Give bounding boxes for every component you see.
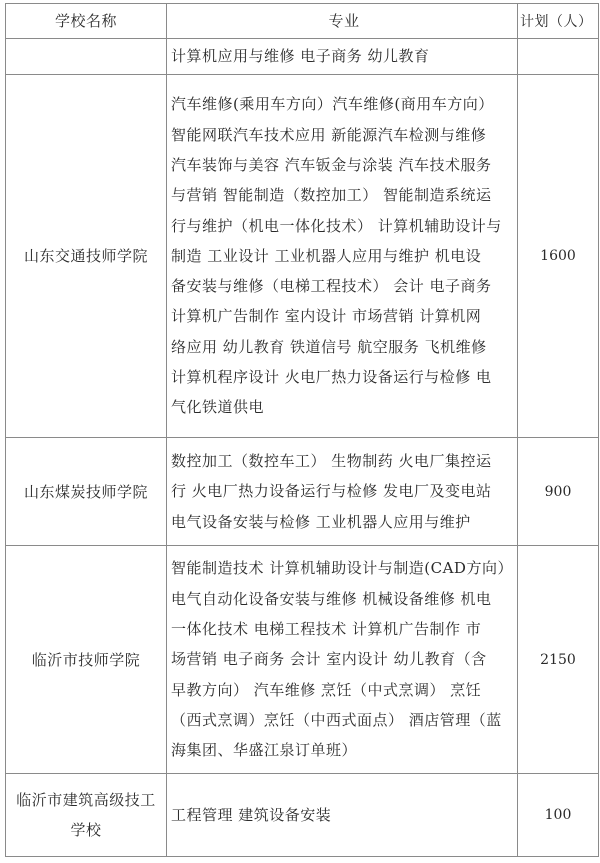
major-line: 制造 工业设计 工业机器人应用与维护 机电设 bbox=[171, 241, 517, 271]
table-row: 山东交通技师学院 汽车维修(乘用车方向）汽车维修(商用车方向） 智能网联汽车技术… bbox=[6, 75, 599, 438]
major-line: 汽车装饰与美容 汽车钣金与涂装 汽车技术服务 bbox=[171, 150, 517, 180]
school-cell bbox=[6, 39, 167, 75]
majors-cell: 智能制造技术 计算机辅助设计与制造(CAD方向） 电气自动化设备安装与维修 机械… bbox=[167, 546, 518, 774]
plan-cell: 2150 bbox=[518, 546, 599, 774]
school-name-line: 临沂市建筑高级技工 bbox=[6, 785, 166, 815]
enrollment-plan-table: 学校名称 专业 计划（人） 计算机应用与维修 电子商务 幼儿教育 山东交通技师学… bbox=[5, 3, 599, 857]
major-line: 与营销 智能制造（数控加工） 智能制造系统运 bbox=[171, 180, 517, 210]
major-line: 海集团、华盛江泉订单班） bbox=[171, 735, 517, 765]
header-school-name: 学校名称 bbox=[6, 4, 167, 39]
major-line: 数控加工（数控车工） 生物制药 火电厂集控运 bbox=[171, 446, 517, 476]
major-line: 汽车维修(乘用车方向）汽车维修(商用车方向） bbox=[171, 89, 517, 119]
major-line: 早教方向） 汽车维修 烹饪（中式烹调） 烹饪 bbox=[171, 675, 517, 705]
major-line: 计算机广告制作 室内设计 市场营销 计算机网 bbox=[171, 301, 517, 331]
plan-cell bbox=[518, 39, 599, 75]
major-line: 行 火电厂热力设备运行与检修 发电厂及变电站 bbox=[171, 476, 517, 506]
school-cell: 临沂市建筑高级技工 学校 bbox=[6, 774, 167, 857]
major-line: 工程管理 建筑设备安装 bbox=[171, 800, 517, 830]
majors-cell: 工程管理 建筑设备安装 bbox=[167, 774, 518, 857]
major-line: 智能网联汽车技术应用 新能源汽车检测与维修 bbox=[171, 120, 517, 150]
major-line: 备安装与维修（电梯工程技术） 会计 电子商务 bbox=[171, 271, 517, 301]
school-name-line: 学校 bbox=[6, 815, 166, 845]
major-line: 场营销 电子商务 会计 室内设计 幼儿教育（含 bbox=[171, 644, 517, 674]
major-line: 智能制造技术 计算机辅助设计与制造(CAD方向） bbox=[171, 553, 517, 583]
majors-cell: 计算机应用与维修 电子商务 幼儿教育 bbox=[167, 39, 518, 75]
header-major: 专业 bbox=[167, 4, 518, 39]
table-row: 临沂市技师学院 智能制造技术 计算机辅助设计与制造(CAD方向） 电气自动化设备… bbox=[6, 546, 599, 774]
major-line: 电气设备安装与检修 工业机器人应用与维护 bbox=[171, 507, 517, 537]
school-cell: 临沂市技师学院 bbox=[6, 546, 167, 774]
table-row: 临沂市建筑高级技工 学校 工程管理 建筑设备安装 100 bbox=[6, 774, 599, 857]
major-line: 气化铁道供电 bbox=[171, 392, 517, 422]
major-line: 计算机应用与维修 电子商务 幼儿教育 bbox=[171, 41, 517, 71]
major-line: 一体化技术 电梯工程技术 计算机广告制作 市 bbox=[171, 614, 517, 644]
major-line: 电气自动化设备安装与维修 机械设备维修 机电 bbox=[171, 584, 517, 614]
plan-cell: 1600 bbox=[518, 75, 599, 438]
school-cell: 山东煤炭技师学院 bbox=[6, 438, 167, 546]
table-header-row: 学校名称 专业 计划（人） bbox=[6, 4, 599, 39]
plan-cell: 100 bbox=[518, 774, 599, 857]
major-line: 络应用 幼儿教育 铁道信号 航空服务 飞机维修 bbox=[171, 332, 517, 362]
majors-cell: 数控加工（数控车工） 生物制药 火电厂集控运 行 火电厂热力设备运行与检修 发电… bbox=[167, 438, 518, 546]
plan-cell: 900 bbox=[518, 438, 599, 546]
major-line: （西式烹调）烹饪（中西式面点） 酒店管理（蓝 bbox=[171, 705, 517, 735]
school-cell: 山东交通技师学院 bbox=[6, 75, 167, 438]
major-line: 计算机程序设计 火电厂热力设备运行与检修 电 bbox=[171, 362, 517, 392]
table-row: 计算机应用与维修 电子商务 幼儿教育 bbox=[6, 39, 599, 75]
majors-cell: 汽车维修(乘用车方向）汽车维修(商用车方向） 智能网联汽车技术应用 新能源汽车检… bbox=[167, 75, 518, 438]
table-row: 山东煤炭技师学院 数控加工（数控车工） 生物制药 火电厂集控运 行 火电厂热力设… bbox=[6, 438, 599, 546]
major-line: 行与维护（机电一体化技术） 计算机辅助设计与 bbox=[171, 211, 517, 241]
header-plan: 计划（人） bbox=[518, 4, 599, 39]
